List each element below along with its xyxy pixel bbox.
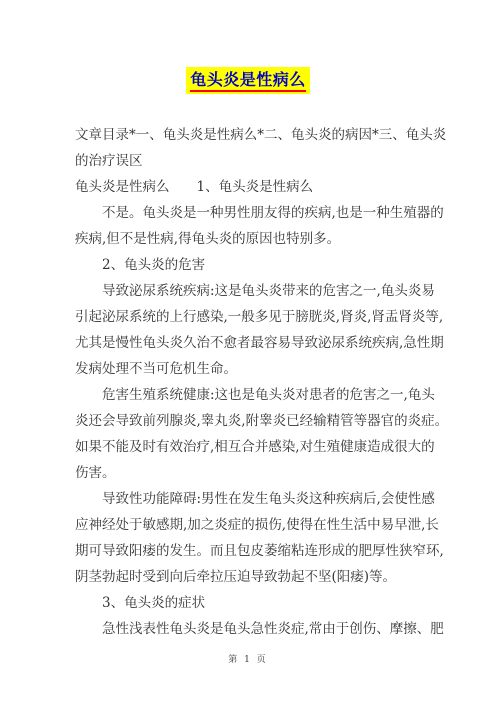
paragraph-section2-heading: 2、龟头炎的危害 (75, 252, 455, 278)
paragraph-symptoms: 急性浅表性龟头炎是龟头急性炎症,常由于创伤、摩擦、肥 (75, 616, 455, 642)
page-number-footer: 第 1 页 (0, 652, 496, 665)
paragraph-harm-reproductive: 危害生殖系统健康:这也是龟头炎对患者的危害之一,龟头 炎还会导致前列腺炎,睾丸炎… (75, 382, 455, 486)
paragraph-harm-urinary: 导致泌尿系统疾病:这是龟头炎带来的危害之一,龟头炎易 引起泌尿系统的上行感染,一… (75, 278, 455, 382)
paragraph-toc: 文章目录*一、龟头炎是性病么*二、龟头炎的病因*三、龟头炎 的治疗误区 (75, 122, 455, 174)
document-title-wrap: 龟头炎是性病么 (0, 67, 496, 94)
paragraph-answer: 不是。龟头炎是一种男性朋友得的疾病,也是一种生殖器的 疾病,但不是性病,得龟头炎… (75, 200, 455, 252)
paragraph-section3-heading: 3、龟头炎的症状 (75, 590, 455, 616)
paragraph-section1-heading: 龟头炎是性病么 1、龟头炎是性病么 (75, 174, 455, 200)
document-page: 龟头炎是性病么 文章目录*一、龟头炎是性病么*二、龟头炎的病因*三、龟头炎 的治… (0, 0, 496, 702)
document-title-highlight: 龟头炎是性病么 (186, 67, 310, 94)
document-body: 文章目录*一、龟头炎是性病么*二、龟头炎的病因*三、龟头炎 的治疗误区 龟头炎是… (75, 122, 455, 642)
paragraph-harm-sexual: 导致性功能障碍:男性在发生龟头炎这种疾病后,会使性感 应神经处于敏感期,加之炎症… (75, 486, 455, 590)
document-title: 龟头炎是性病么 (190, 71, 306, 92)
